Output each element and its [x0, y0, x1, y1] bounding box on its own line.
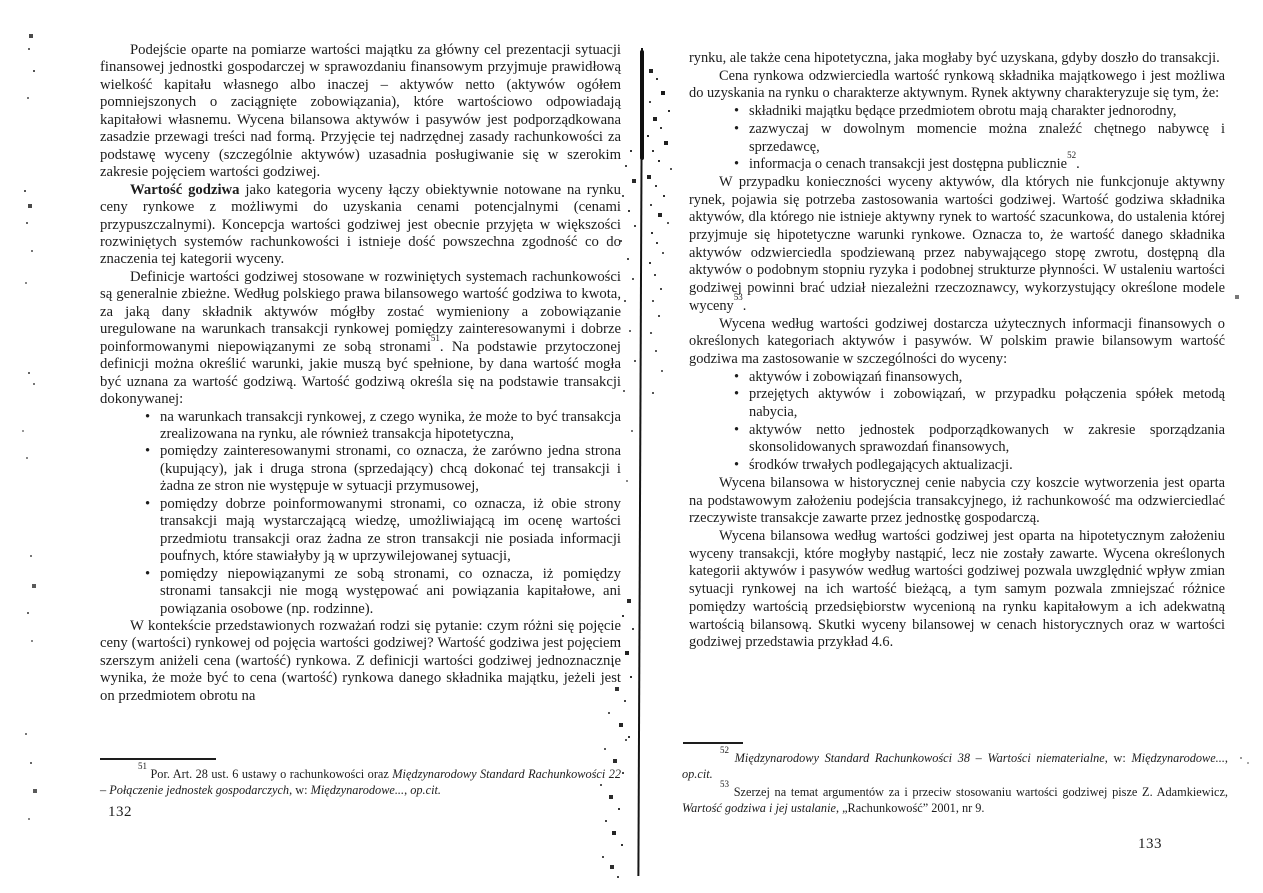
bold-term: Wartość godziwa: [130, 182, 240, 198]
bullet-item: środków trwałych podlegających aktualiza…: [749, 457, 1225, 475]
footnote-text: , w:: [1105, 751, 1132, 765]
footnote-text: Szerzej na temat argumentów za i przeciw…: [734, 785, 1228, 799]
paragraph: Definicje wartości godziwej stosowane w …: [100, 269, 621, 409]
footnote-text-italic: Międzynarodowe...: [311, 783, 404, 797]
paragraph-text: .: [743, 298, 747, 314]
left-page-footnotes: 51 Por. Art. 28 ust. 6 ustawy o rachunko…: [100, 766, 621, 800]
paragraph-text: W przypadku konieczności wyceny aktywów,…: [689, 174, 1225, 314]
footnote-rule: [100, 758, 216, 760]
bullet-item: na warunkach transakcji rynkowej, z czeg…: [160, 409, 621, 444]
page-number-left: 132: [108, 804, 132, 821]
bullet-item: aktywów i zobowiązań finansowych,: [749, 369, 1225, 387]
footnote-text-italic: Wartość godziwa i jej ustalanie: [682, 801, 836, 815]
bullet-item: pomiędzy dobrze poinformowanymi stronami…: [160, 496, 621, 566]
footnote-ref-53: 53: [734, 292, 743, 302]
bullet-text: .: [1076, 156, 1080, 172]
footnote-53: 53 Szerzej na temat argumentów za i prze…: [682, 784, 1228, 816]
footnote-marker: 53: [720, 779, 729, 789]
paragraph: W kontekście przedstawionych rozważań ro…: [100, 618, 621, 705]
footnote-ref-52: 52: [1067, 150, 1076, 160]
footnote-52: 52 Międzynarodowy Standard Rachunkowości…: [682, 750, 1228, 782]
bullet-item: przejętych aktywów i zobowiązań, w przyp…: [749, 386, 1225, 421]
book-spine-line-top: [640, 50, 644, 160]
paragraph: Wycena według wartości godziwej dostarcz…: [689, 316, 1225, 369]
conditions-bullet-list: na warunkach transakcji rynkowej, z czeg…: [100, 409, 621, 618]
bullet-item: pomiędzy zainteresowanymi stronami, co o…: [160, 443, 621, 495]
footnote-51: 51 Por. Art. 28 ust. 6 ustawy o rachunko…: [100, 766, 621, 798]
paragraph: W przypadku konieczności wyceny aktywów,…: [689, 174, 1225, 316]
book-spine-line: [637, 48, 643, 876]
footnote-ref-51: 51: [431, 333, 440, 343]
paragraph: Wycena bilansowa według wartości godziwe…: [689, 528, 1225, 652]
scanned-book-spread: Podejście oparte na pomiarze wartości ma…: [0, 0, 1263, 893]
paragraph: Podejście oparte na pomiarze wartości ma…: [100, 42, 621, 182]
footnote-marker: 51: [138, 761, 147, 771]
right-page-footnotes: 52 Międzynarodowy Standard Rachunkowości…: [682, 750, 1228, 818]
footnote-text: ,: [1225, 751, 1228, 765]
page-number-right: 133: [1138, 836, 1162, 853]
bullet-item: składniki majątku będące przedmiotem obr…: [749, 103, 1225, 121]
footnote-rule: [683, 742, 743, 744]
footnote-marker: 52: [720, 745, 729, 755]
footnote-text: , w:: [289, 783, 311, 797]
bullet-item: zazwyczaj w dowolnym momencie można znal…: [749, 121, 1225, 156]
footnote-text-italic: Międzynarodowy Standard Rachunkowości 38…: [735, 751, 1105, 765]
fair-value-scope-bullet-list: aktywów i zobowiązań finansowych, przeję…: [689, 369, 1225, 475]
paragraph: Wartość godziwa jako kategoria wyceny łą…: [100, 182, 621, 269]
paragraph: Cena rynkowa odzwierciedla wartość rynko…: [689, 68, 1225, 103]
bullet-item: informacja o cenach transakcji jest dost…: [749, 156, 1225, 174]
active-market-bullet-list: składniki majątku będące przedmiotem obr…: [689, 103, 1225, 174]
bullet-item: aktywów netto jednostek podporządkowanyc…: [749, 422, 1225, 457]
paragraph: Wycena bilansowa w historycznej cenie na…: [689, 475, 1225, 528]
right-page-text-column: rynku, ale także cena hipotetyczna, jaka…: [689, 50, 1225, 652]
footnote-text-italic: op.cit.: [410, 783, 441, 797]
paragraph: rynku, ale także cena hipotetyczna, jaka…: [689, 50, 1225, 68]
right-margin-specks: [0, 0, 2, 2]
footnote-text: Por. Art. 28 ust. 6 ustawy o rachunkowoś…: [150, 767, 392, 781]
left-page-text-column: Podejście oparte na pomiarze wartości ma…: [100, 42, 621, 705]
footnote-text-italic: op.cit.: [682, 767, 713, 781]
bullet-text: informacja o cenach transakcji jest dost…: [749, 156, 1067, 172]
bullet-item: pomiędzy niepowiązanymi ze sobą stronami…: [160, 566, 621, 618]
footnote-text: , „Rachunkowość” 2001, nr 9.: [836, 801, 985, 815]
footnote-text-italic: Międzynarodowe...: [1131, 751, 1224, 765]
